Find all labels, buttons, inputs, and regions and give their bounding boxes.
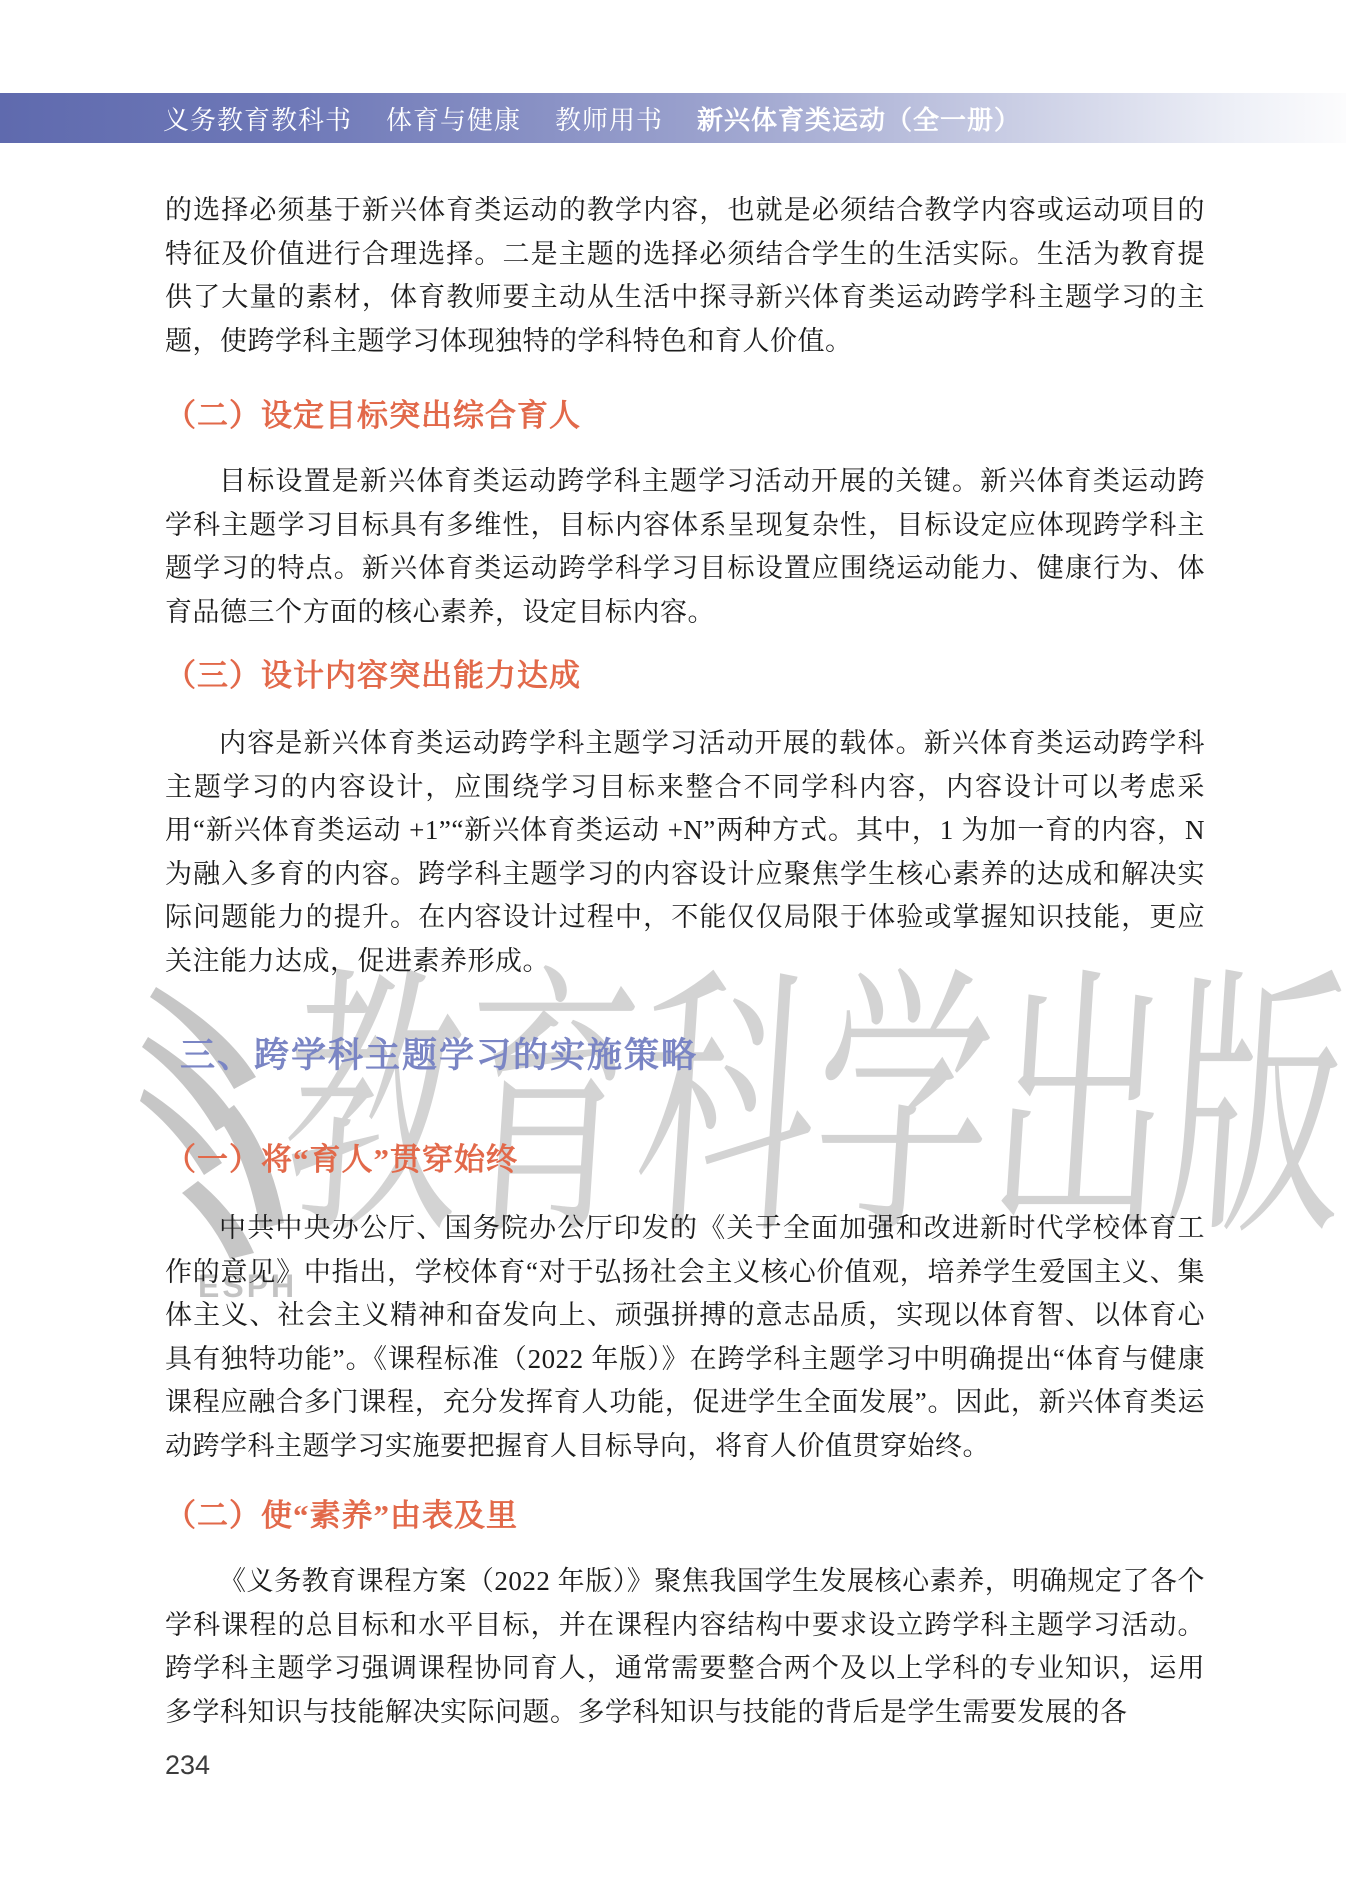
paragraph-subsection-1: 中共中央办公厅、国务院办公厅印发的《关于全面加强和改进新时代学校体育工作的意见》… (165, 1207, 1205, 1468)
book-page: 教育科学出版社 ESPH 义务教育教科书 体育与健康 教师用书 新兴体育类运动（… (0, 0, 1346, 1885)
page-header-band: 义务教育教科书 体育与健康 教师用书 新兴体育类运动（全一册） (0, 93, 1346, 143)
paragraph-section-3: 内容是新兴体育类运动跨学科主题学习活动开展的载体。新兴体育类运动跨学科主题学习的… (165, 722, 1205, 983)
subsection-heading-2: （二）使“素养”由表及里 (165, 1490, 1205, 1535)
subsection-heading-1: （一）将“育人”贯穿始终 (165, 1134, 1205, 1179)
paragraph-subsection-2: 《义务教育课程方案（2022 年版）》聚焦我国学生发展核心素养，明确规定了各个学… (165, 1560, 1205, 1734)
section-heading-3: （三）设计内容突出能力达成 (165, 650, 1205, 695)
chapter-heading-3: 三、跨学科主题学习的实施策略 (180, 1028, 1220, 1078)
header-book-title: 新兴体育类运动（全一册） (697, 100, 1021, 137)
section-heading-2: （二）设定目标突出综合育人 (165, 390, 1205, 435)
paragraph-intro: 的选择必须基于新兴体育类运动的教学内容，也就是必须结合教学内容或运动项目的特征及… (165, 189, 1205, 363)
paragraph-section-2: 目标设置是新兴体育类运动跨学科主题学习活动开展的关键。新兴体育类运动跨学科主题学… (165, 460, 1205, 634)
header-subject: 体育与健康 (386, 100, 521, 137)
page-number: 234 (165, 1750, 210, 1781)
header-series: 义务教育教科书 (163, 100, 352, 137)
header-role: 教师用书 (555, 100, 663, 137)
